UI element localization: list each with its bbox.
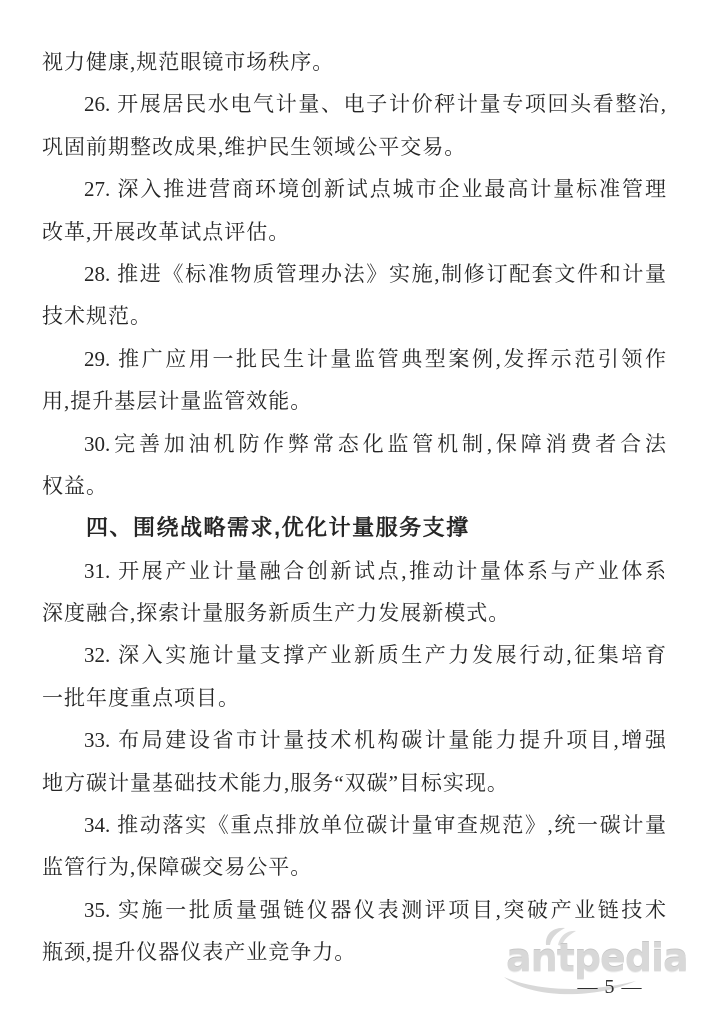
paragraph-line: 视力健康,规范眼镜市场秩序。 bbox=[42, 41, 666, 83]
paragraph-line: 瓶颈,提升仪器仪表产业竞争力。 bbox=[42, 931, 666, 973]
paragraph-line: 深度融合,探索计量服务新质生产力发展新模式。 bbox=[42, 592, 666, 634]
document-body: 视力健康,规范眼镜市场秩序。 26. 开展居民水电气计量、电子计价秤计量专项回头… bbox=[42, 41, 666, 974]
paragraph-line: 巩固前期整改成果,维护民生领域公平交易。 bbox=[42, 126, 666, 168]
paragraph-line: 35. 实施一批质量强链仪器仪表测评项目,突破产业链技术 bbox=[42, 889, 666, 931]
paragraph-line: 监管行为,保障碳交易公平。 bbox=[42, 846, 666, 888]
paragraph-line: 31. 开展产业计量融合创新试点,推动计量体系与产业体系 bbox=[42, 550, 666, 592]
paragraph-line: 权益。 bbox=[42, 465, 666, 507]
paragraph-line: 33. 布局建设省市计量技术机构碳计量能力提升项目,增强 bbox=[42, 719, 666, 761]
section-heading: 四、围绕战略需求,优化计量服务支撑 bbox=[42, 507, 666, 549]
paragraph-line: 地方碳计量基础技术能力,服务“双碳”目标实现。 bbox=[42, 762, 666, 804]
page-number: — 5 — bbox=[560, 976, 660, 999]
paragraph-line: 技术规范。 bbox=[42, 295, 666, 337]
paragraph-line: 一批年度重点项目。 bbox=[42, 677, 666, 719]
paragraph-line: 30.完善加油机防作弊常态化监管机制,保障消费者合法 bbox=[42, 423, 666, 465]
paragraph-line: 34. 推动落实《重点排放单位碳计量审查规范》,统一碳计量 bbox=[42, 804, 666, 846]
paragraph-line: 28. 推进《标准物质管理办法》实施,制修订配套文件和计量 bbox=[42, 253, 666, 295]
document-page: 视力健康,规范眼镜市场秩序。 26. 开展居民水电气计量、电子计价秤计量专项回头… bbox=[0, 0, 708, 1016]
paragraph-line: 用,提升基层计量监管效能。 bbox=[42, 380, 666, 422]
paragraph-line: 26. 开展居民水电气计量、电子计价秤计量专项回头看整治, bbox=[42, 83, 666, 125]
paragraph-line: 27. 深入推进营商环境创新试点城市企业最高计量标准管理 bbox=[42, 168, 666, 210]
paragraph-line: 32. 深入实施计量支撑产业新质生产力发展行动,征集培育 bbox=[42, 634, 666, 676]
paragraph-line: 改革,开展改革试点评估。 bbox=[42, 211, 666, 253]
paragraph-line: 29. 推广应用一批民生计量监管典型案例,发挥示范引领作 bbox=[42, 338, 666, 380]
